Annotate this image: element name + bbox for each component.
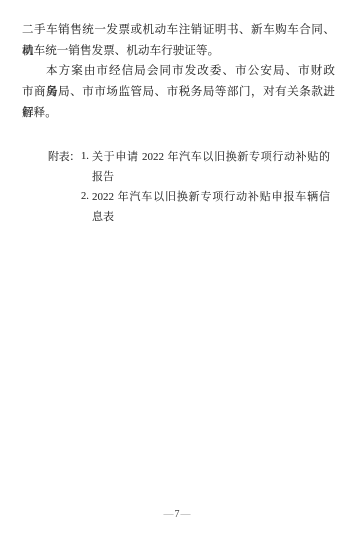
attachment-item-2-row-2: 息表	[0, 207, 362, 227]
paragraph-continuation-line-2: 动车统一销售发票、机动车行驶证等。	[22, 41, 335, 62]
paragraph-interpretation-line-1: 本方案由市经信局会同市发改委、市公安局、市财政局、	[22, 61, 335, 82]
attachment-item-2-text: 2022 年汽车以旧换新专项行动补贴申报车辆信	[92, 187, 330, 207]
attachment-item-2-number: 2.	[81, 187, 89, 207]
attachment-item-1-text-continued: 报告	[92, 167, 114, 187]
paragraph-continuation-line-1: 二手车销售统一发票或机动车注销证明书、新车购车合同、机	[22, 20, 335, 41]
body-text-block: 二手车销售统一发票或机动车注销证明书、新车购车合同、机 动车统一销售发票、机动车…	[22, 20, 335, 123]
attachment-item-2-row-1: 2. 2022 年汽车以旧换新专项行动补贴申报车辆信	[0, 187, 362, 207]
page-number-dash-right: —	[181, 509, 191, 520]
attachment-item-1-text: 关于申请 2022 年汽车以旧换新专项行动补贴的	[92, 147, 330, 167]
attachment-item-1-number: 1.	[81, 147, 89, 167]
paragraph-interpretation-line-3: 解释。	[22, 103, 335, 124]
page-number-value: 7	[174, 509, 181, 520]
attachment-item-2-text-continued: 息表	[92, 207, 114, 227]
page-number: —7—	[0, 508, 358, 522]
document-page: 二手车销售统一发票或机动车注销证明书、新车购车合同、机 动车统一销售发票、机动车…	[0, 0, 362, 534]
attachment-item-1-row-2: 报告	[0, 167, 362, 187]
attachments-label: 附表：	[48, 147, 80, 167]
page-number-dash-left: —	[164, 509, 174, 520]
paragraph-interpretation-line-2: 市商务局、市市场监管局、市税务局等部门，对有关条款进行	[22, 82, 335, 103]
attachment-item-1-row-1: 附表： 1. 关于申请 2022 年汽车以旧换新专项行动补贴的	[0, 147, 362, 167]
attachments-block: 附表： 1. 关于申请 2022 年汽车以旧换新专项行动补贴的 报告 2. 20…	[0, 147, 362, 227]
